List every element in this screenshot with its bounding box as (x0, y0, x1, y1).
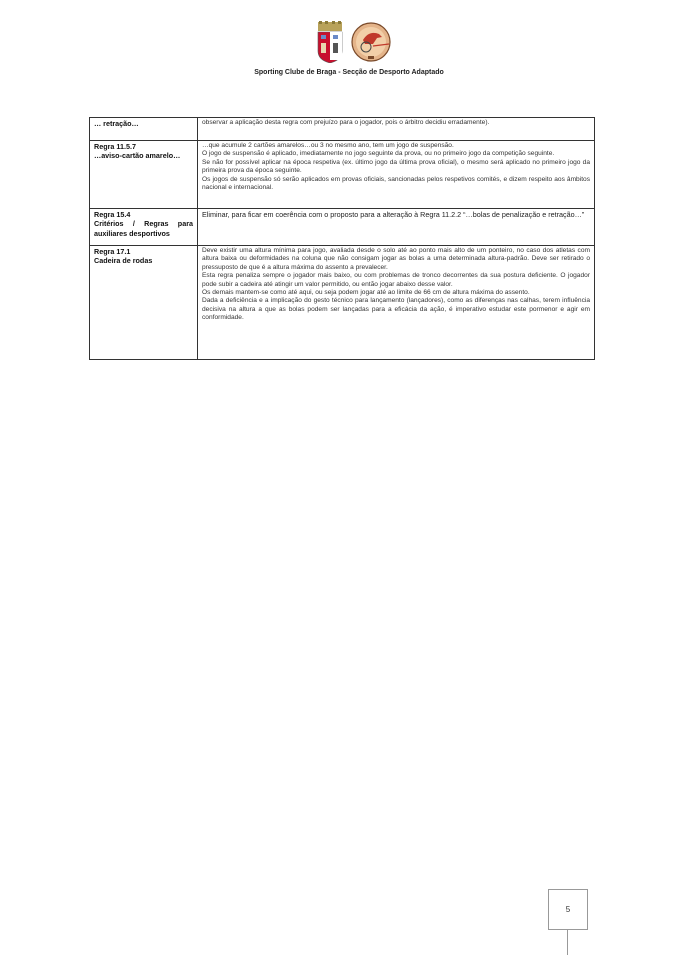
rule-number: Regra 15.4 (94, 210, 193, 219)
table-row: Regra 15.4 Critérios / Regras para auxil… (90, 209, 595, 246)
rule-label: Critérios / Regras para auxiliares despo… (94, 219, 193, 238)
rule-label: … retração… (94, 119, 193, 128)
rule-number: Regra 17.1 (94, 247, 193, 256)
organization-title: Sporting Clube de Braga - Secção de Desp… (22, 69, 676, 76)
rules-table: … retração… observar a aplicação desta r… (89, 117, 595, 360)
table-row: … retração… observar a aplicação desta r… (90, 118, 595, 141)
text-paragraph: Eliminar, para ficar em coerência com o … (202, 210, 590, 219)
text-paragraph: Os jogos de suspensão só serão aplicados… (202, 176, 590, 193)
text-cell: …que acumule 2 cartões amarelos…ou 3 no … (198, 141, 595, 209)
rule-label: …aviso-cartão amarelo… (94, 151, 193, 160)
page-number: 5 (566, 905, 570, 914)
text-paragraph: Os demais mantem-se como até aqui, ou se… (202, 289, 590, 297)
text-paragraph: Dada a deficiência e a implicação do ges… (202, 297, 590, 322)
rule-cell: Regra 15.4 Critérios / Regras para auxil… (90, 209, 198, 246)
text-cell: Deve existir uma altura mínima para jogo… (198, 246, 595, 360)
page-number-box: 5 (548, 889, 588, 930)
table-row: Regra 11.5.7 …aviso-cartão amarelo… …que… (90, 141, 595, 209)
club-crest-logo (315, 21, 345, 63)
desporto-adaptado-seal-logo (351, 22, 391, 62)
rule-label: Cadeira de rodas (94, 256, 193, 265)
page-header: Sporting Clube de Braga - Secção de Desp… (0, 20, 676, 76)
text-paragraph: observar a aplicação desta regra com pre… (202, 119, 590, 127)
rule-cell: Regra 17.1 Cadeira de rodas (90, 246, 198, 360)
text-cell: observar a aplicação desta regra com pre… (198, 118, 595, 141)
text-paragraph: Deve existir uma altura mínima para jogo… (202, 247, 590, 272)
logos (30, 20, 676, 64)
text-paragraph: Esta regra penaliza sempre o jogador mai… (202, 272, 590, 289)
page-number-line (567, 929, 568, 955)
rule-cell: … retração… (90, 118, 198, 141)
table-row: Regra 17.1 Cadeira de rodas Deve existir… (90, 246, 595, 360)
text-cell: Eliminar, para ficar em coerência com o … (198, 209, 595, 246)
rule-cell: Regra 11.5.7 …aviso-cartão amarelo… (90, 141, 198, 209)
text-paragraph: …que acumule 2 cartões amarelos…ou 3 no … (202, 142, 590, 150)
rule-number: Regra 11.5.7 (94, 142, 193, 151)
text-paragraph: Se não for possível aplicar na época res… (202, 159, 590, 176)
text-paragraph: O jogo de suspensão é aplicado, imediata… (202, 150, 590, 158)
